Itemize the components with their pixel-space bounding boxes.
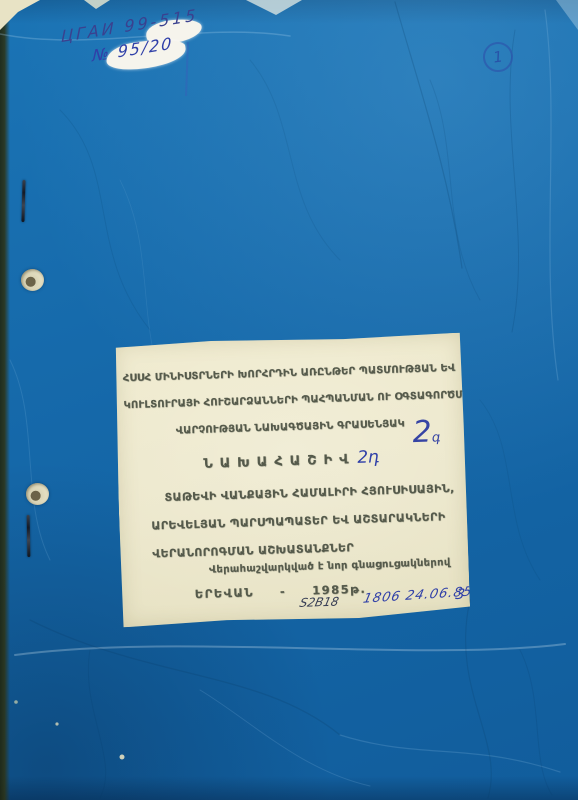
handwritten-code: S2B18 (298, 595, 340, 610)
document-subject: ՏԱԹԵՎԻ ՎԱՆՔԱՅԻՆ ՀԱՄԱԼԻՐԻ ՀՅՈՒՍԻՍԱՅԻՆ, ԱՐ… (150, 475, 457, 569)
typewritten-cover-label: ՀՍՍՀ ՄԻՆԻՍՏՐՆԵՐԻ ԽՈՐՀՐԴԻՆ ԱՌԸՆԹԵՐ ՊԱՏՄՈՒ… (114, 333, 471, 628)
scanned-document-cover: ЦГАИ 99-515 № 95/20 1 ՀՍՍՀ ՄԻՆԻՍՏՐՆԵՐԻ Խ… (0, 0, 578, 800)
ink-corner-mark: 2գ (412, 417, 441, 448)
document-title: ՆԱԽԱՀԱՇԻՎ (203, 452, 356, 472)
title-ink-mark: 2դ (357, 447, 380, 468)
city: ԵՐԵՎԱՆ (195, 585, 255, 601)
document-title-row: ՆԱԽԱՀԱՇԻՎ2դ (117, 445, 465, 476)
page-number: 1 (492, 47, 504, 66)
organization-name: ՀՍՍՀ ՄԻՆԻՍՏՐՆԵՐԻ ԽՈՐՀՐԴԻՆ ԱՌԸՆԹԵՐ ՊԱՏՄՈՒ… (122, 355, 456, 446)
punch-hole-bottom (26, 483, 49, 505)
punch-hole-top (21, 269, 44, 291)
separator-dash: - (280, 584, 287, 598)
corner-mark-letter: գ (432, 430, 441, 445)
handwritten-page-mark: 3 (454, 587, 466, 603)
